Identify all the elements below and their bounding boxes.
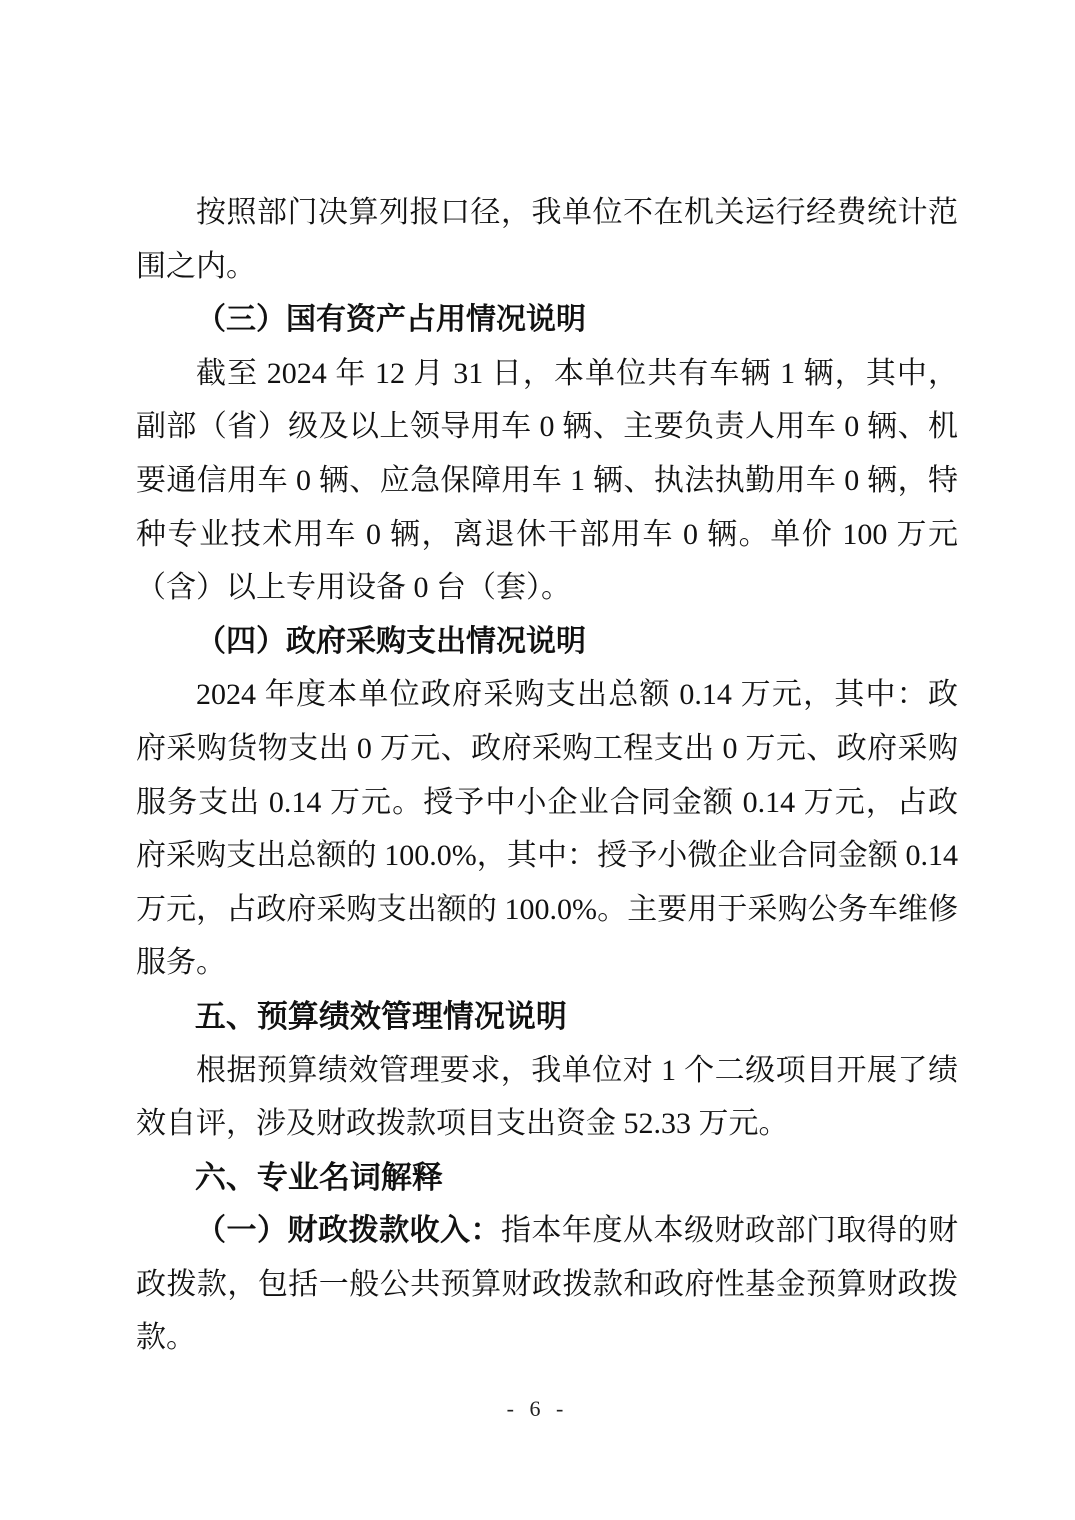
- paragraph-budget-performance-detail: 根据预算绩效管理要求，我单位对 1 个二级项目开展了绩效自评，涉及财政拨款项目支…: [136, 1044, 958, 1151]
- paragraph-state-assets-detail: 截至 2024 年 12 月 31 日，本单位共有车辆 1 辆，其中，副部（省）…: [136, 347, 958, 615]
- section-heading-state-assets: （三）国有资产占用情况说明: [136, 293, 958, 347]
- paragraph-gov-procurement-detail: 2024 年度本单位政府采购支出总额 0.14 万元，其中：政府采购货物支出 0…: [136, 668, 958, 990]
- section-heading-gov-procurement: （四）政府采购支出情况说明: [136, 615, 958, 669]
- section-heading-budget-performance: 五、预算绩效管理情况说明: [136, 990, 958, 1044]
- document-page: 按照部门决算列报口径，我单位不在机关运行经费统计范围之内。 （三）国有资产占用情…: [0, 0, 1075, 1520]
- paragraph-operating-expense-note: 按照部门决算列报口径，我单位不在机关运行经费统计范围之内。: [136, 186, 958, 293]
- term-name-bold: （一）财政拨款收入：: [196, 1214, 501, 1247]
- page-number: - 6 -: [0, 1396, 1075, 1422]
- paragraph-term-fiscal-appropriation: （一）财政拨款收入：指本年度从本级财政部门取得的财政拨款，包括一般公共预算财政拨…: [136, 1204, 958, 1365]
- section-heading-terminology: 六、专业名词解释: [136, 1151, 958, 1205]
- document-body: 按照部门决算列报口径，我单位不在机关运行经费统计范围之内。 （三）国有资产占用情…: [136, 186, 958, 1365]
